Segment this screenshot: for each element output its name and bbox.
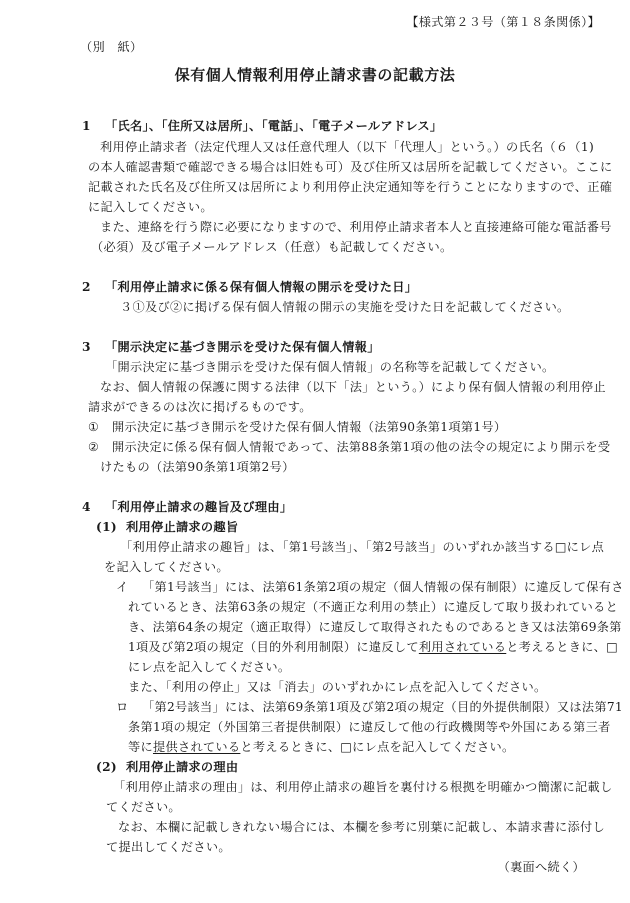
paragraph-line: 「開示決定に基づき開示を受けた保有個人情報」の名称等を記載してください。	[105, 360, 555, 374]
subsection-heading: (2) 利用停止請求の理由	[96, 760, 238, 774]
paragraph-line: に記入してください。	[88, 200, 213, 214]
paragraph-line: また、「利用の停止」又は「消去」のいずれかにレ点を記入してください。	[128, 680, 546, 694]
section-heading: 「氏名」、「住所又は居所」、「電話」、「電子メールアドレス」	[105, 119, 442, 133]
paragraph-line: また、連絡を行う際に必要になりますので、利用停止請求者本人と直接連絡可能な電話番…	[100, 220, 612, 234]
paragraph-line: （必須）及び電子メールアドレス（任意）も記載してください。	[91, 240, 453, 254]
section-number: 4	[82, 500, 91, 514]
paragraph-line: の本人確認書類で確認できる場合は旧姓も可）及び住所又は居所を記載してください。こ…	[88, 160, 612, 174]
underlined-text: 提供されている	[153, 740, 240, 754]
paragraph-line: 「利用停止請求の理由」は、利用停止請求の趣旨を裏付ける根拠を明確かつ簡潔に記載し	[113, 780, 613, 794]
paragraph-line: 利用停止請求者（法定代理人又は任意代理人（以下「代理人」という。）の氏名（６（1…	[100, 140, 594, 154]
attachment-label: （別 紙）	[80, 40, 142, 54]
paragraph-line: 請求ができるのは次に掲げるものです。	[88, 400, 312, 414]
list-item-continuation: き、法第64条の規定（適正取得）に違反して取得されたものであるとき又は法第69条…	[128, 620, 622, 634]
paragraph-line: なお、個人情報の保護に関する法律（以下「法」という。）により保有個人情報の利用停…	[100, 380, 606, 394]
paragraph-line: てください。	[106, 800, 181, 814]
paragraph-line: を記入してください。	[104, 560, 229, 574]
subsection-heading: (1) 利用停止請求の趣旨	[96, 520, 238, 534]
paragraph-line: 記載された氏名及び住所又は居所により利用停止決定通知等を行うことになりますので、…	[88, 180, 612, 194]
form-number: 【様式第２３号（第１８条関係）】	[406, 15, 600, 29]
list-marker: イ	[116, 580, 129, 594]
section-number: 2	[82, 280, 91, 294]
paragraph-line: 「利用停止請求の趣旨」は、「第1号該当」、「第2号該当」のいずれか該当する□にレ…	[120, 540, 604, 554]
list-item: 「第2号該当」には、法第69条第1項及び第2項の規定（目的外提供制限）又は法第7…	[142, 700, 623, 714]
list-marker: ロ	[116, 700, 129, 714]
section-heading: 「利用停止請求の趣旨及び理由」	[105, 500, 292, 514]
list-item-continuation: 1項及び第2項の規定（目的外利用制限）に違反して利用されていると考えるときに、□	[128, 640, 618, 654]
section-heading: 「利用停止請求に係る保有個人情報の開示を受けた日」	[105, 280, 417, 294]
list-marker: ①	[88, 420, 99, 434]
section-heading: 「開示決定に基づき開示を受けた保有個人情報」	[105, 340, 380, 354]
text: と考えるときに、□にレ点を記入してください。	[240, 740, 514, 754]
paragraph-line: て提出してください。	[106, 840, 231, 854]
text: 等に	[128, 740, 153, 754]
underlined-text: 利用されている	[419, 640, 506, 654]
section-number: 3	[82, 340, 91, 354]
list-item: 開示決定に基づき開示を受けた保有個人情報（法第90条第1項第1号）	[112, 420, 506, 434]
paragraph-line: ３①及び②に掲げる保有個人情報の開示の実施を受けた日を記載してください。	[120, 300, 570, 314]
list-marker: ②	[88, 440, 99, 454]
continued-note: （裏面へ続く）	[498, 860, 585, 874]
list-item: 「第1号該当」には、法第61条第2項の規定（個人情報の保有制限）に違反して保有さ	[142, 580, 624, 594]
list-item-continuation: にレ点を記入してください。	[128, 660, 290, 674]
section-number: 1	[82, 119, 91, 133]
list-item-continuation: 条第1項の規定（外国第三者提供制限）に違反して他の行政機関等や外国にある第三者	[128, 720, 611, 734]
list-item-continuation: けたもの（法第90条第1項第2号）	[100, 460, 295, 474]
text: と考えるときに、□	[506, 640, 618, 654]
list-item: 開示決定に係る保有個人情報であって、法第88条第1項の他の法令の規定により開示を…	[112, 440, 610, 454]
paragraph-line: なお、本欄に記載しきれない場合には、本欄を参考に別葉に記載し、本請求書に添付し	[118, 820, 605, 834]
list-item-continuation: れているとき、法第63条の規定（不適正な利用の禁止）に違反して取り扱われていると	[128, 600, 618, 614]
page-title: 保有個人情報利用停止請求書の記載方法	[0, 64, 630, 85]
text: 1項及び第2項の規定（目的外利用制限）に違反して	[128, 640, 419, 654]
list-item-continuation: 等に提供されていると考えるときに、□にレ点を記入してください。	[128, 740, 514, 754]
